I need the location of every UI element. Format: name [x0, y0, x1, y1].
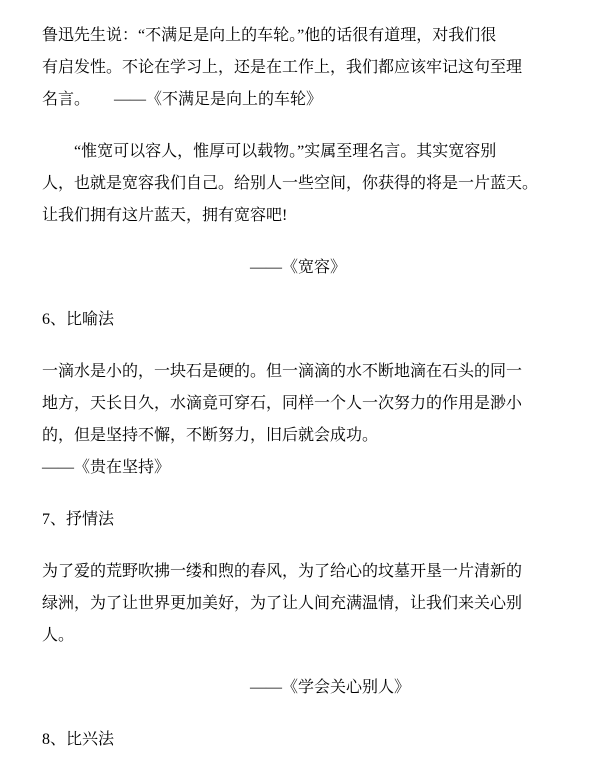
text-line: ——《学会关心别人》: [42, 672, 564, 704]
text-line: 有启发性。不论在学习上，还是在工作上，我们都应该牢记这句至理: [42, 52, 564, 84]
text-line: 7、抒情法: [42, 504, 564, 536]
text-line: 绿洲，为了让世界更加美好，为了让人间充满温情，让我们来关心别: [42, 588, 564, 620]
text-line: ——《贵在坚持》: [42, 452, 564, 484]
paragraph-persistence: 一滴水是小的，一块石是硬的。但一滴滴的水不断地滴在石头的同一地方，天长日久，水滴…: [42, 356, 564, 484]
paragraph-tolerance: “惟宽可以容人，惟厚可以载物。”实属至理名言。其实宽容别人，也就是宽容我们自己。…: [42, 136, 564, 232]
attribution-caring: ——《学会关心别人》: [42, 672, 564, 704]
text-line: 名言。 ——《不满足是向上的车轮》: [42, 84, 564, 116]
text-line: “惟宽可以容人，惟厚可以载物。”实属至理名言。其实宽容别: [42, 136, 564, 168]
text-line: 一滴水是小的，一块石是硬的。但一滴滴的水不断地滴在石头的同一: [42, 356, 564, 388]
document-page: 鲁迅先生说：“不满足是向上的车轮。”他的话很有道理，对我们很有启发性。不论在学习…: [0, 0, 604, 772]
text-line: 人。: [42, 620, 564, 652]
text-line: 鲁迅先生说：“不满足是向上的车轮。”他的话很有道理，对我们很: [42, 20, 564, 52]
heading-method-7-lyric: 7、抒情法: [42, 504, 564, 536]
heading-method-6-metaphor: 6、比喻法: [42, 304, 564, 336]
heading-method-8-analogy: 8、比兴法: [42, 724, 564, 756]
text-line: 人，也就是宽容我们自己。给别人一些空间，你获得的将是一片蓝天。: [42, 168, 564, 200]
text-line: 的，但是坚持不懈，不断努力，旧后就会成功。: [42, 420, 564, 452]
attribution-tolerance: ——《宽容》: [42, 252, 564, 284]
text-line: ——《宽容》: [42, 252, 564, 284]
text-line: 6、比喻法: [42, 304, 564, 336]
text-line: 为了爱的荒野吹拂一缕和煦的春风，为了给心的坟墓开垦一片清新的: [42, 556, 564, 588]
text-line: 地方，天长日久，水滴竟可穿石，同样一个人一次努力的作用是渺小: [42, 388, 564, 420]
paragraph-luxun-quote: 鲁迅先生说：“不满足是向上的车轮。”他的话很有道理，对我们很有启发性。不论在学习…: [42, 20, 564, 116]
text-line: 让我们拥有这片蓝天，拥有宽容吧!: [42, 200, 564, 232]
paragraph-caring: 为了爱的荒野吹拂一缕和煦的春风，为了给心的坟墓开垦一片清新的绿洲，为了让世界更加…: [42, 556, 564, 652]
text-line: 8、比兴法: [42, 724, 564, 756]
